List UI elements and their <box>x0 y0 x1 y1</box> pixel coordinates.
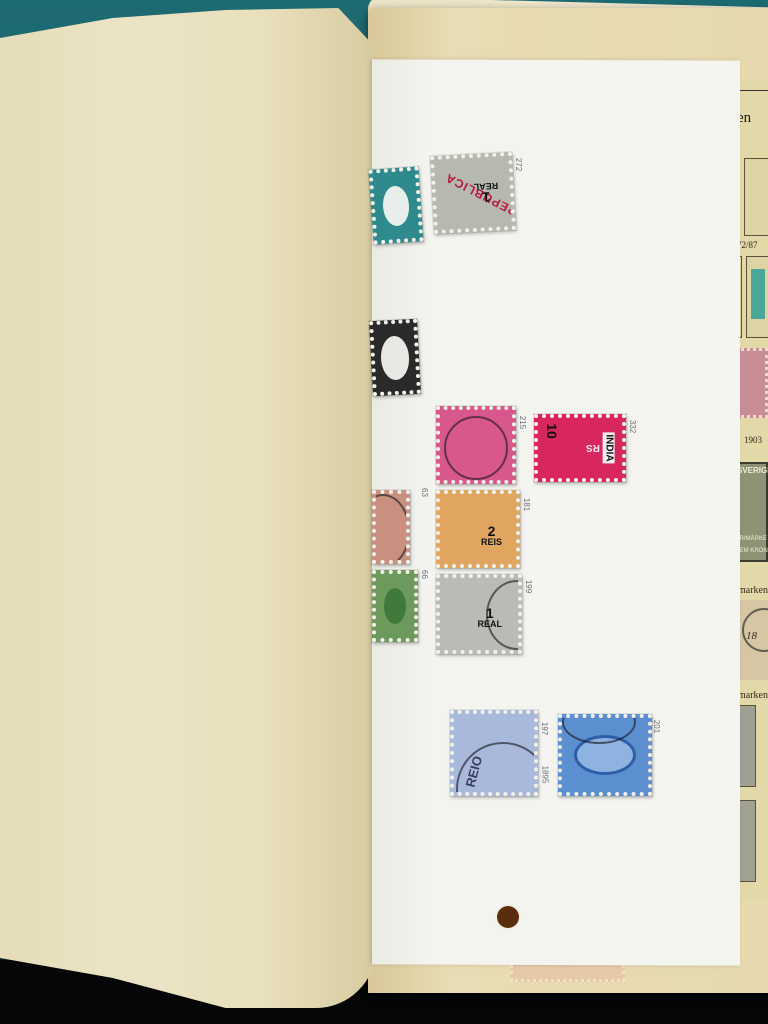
postmark-year: 18 <box>746 630 757 642</box>
stamp-lightblue-reio[interactable]: REIO <box>450 710 538 796</box>
postmark <box>444 416 508 480</box>
stamp-slot <box>744 158 768 236</box>
catalog-note: 201 <box>652 720 661 733</box>
stamp-magenta-ceres-india[interactable]: 10 RS INDIA <box>534 414 626 482</box>
stamp-teal-king[interactable] <box>368 166 423 244</box>
stamp-unit: RS <box>586 442 600 452</box>
postmarked-stamp: 18 <box>738 600 768 680</box>
stamp-magenta-carlos[interactable] <box>436 406 516 484</box>
year-label-1903: 1903 <box>744 435 762 445</box>
stamp-value: 1 REAL <box>478 606 503 629</box>
stamp-grey-republica[interactable]: REPUBLICA 1 REAL <box>430 152 516 234</box>
catalog-note: 215 <box>518 416 527 429</box>
catalog-note: 181 <box>522 498 531 511</box>
catalog-note: 197 <box>540 722 549 735</box>
portrait-oval <box>384 588 406 624</box>
catalog-note: 63 <box>420 488 429 497</box>
postmark <box>372 494 410 564</box>
frimarke-text: FRIMÄRKE <box>736 536 767 542</box>
stamp-slot <box>746 256 768 338</box>
stamp-salmon-king[interactable] <box>372 490 410 564</box>
stamp-value: 1 REAL <box>473 181 499 205</box>
portrait-oval <box>380 335 410 380</box>
catalog-note: 332 <box>628 420 637 433</box>
stamp-value: 2 REIS <box>481 524 502 547</box>
catalog-note-year: 1895 <box>540 766 549 784</box>
catalog-note: 272 <box>514 158 523 171</box>
stamp-country: INDIA <box>602 432 614 463</box>
stamp-grey-1real[interactable]: 1 REAL <box>436 574 522 654</box>
stamp-blue-oval[interactable] <box>558 714 652 796</box>
section-label-marken-2: marken <box>738 690 768 701</box>
stamp-slot <box>738 800 756 882</box>
interleaf-sheet[interactable] <box>372 59 740 965</box>
green-stamp <box>751 269 765 319</box>
stamp-value: 10 <box>545 423 559 439</box>
stamp-slot <box>738 705 756 787</box>
stamp-orange-2reis[interactable]: 2 REIS <box>436 490 520 568</box>
catalog-note: 199 <box>524 580 533 593</box>
sverige-text: SVERIGE <box>737 466 768 475</box>
stamp-black-king[interactable] <box>369 319 421 396</box>
fem-kronor-text: FEM KRONOR <box>736 548 768 554</box>
portrait-oval <box>382 185 411 227</box>
left-album-page[interactable] <box>0 8 376 1008</box>
catalog-note: 66 <box>420 570 429 579</box>
punch-hole <box>497 906 519 928</box>
stamp-green-king[interactable] <box>372 570 418 642</box>
section-label-marken: marken <box>738 585 768 596</box>
